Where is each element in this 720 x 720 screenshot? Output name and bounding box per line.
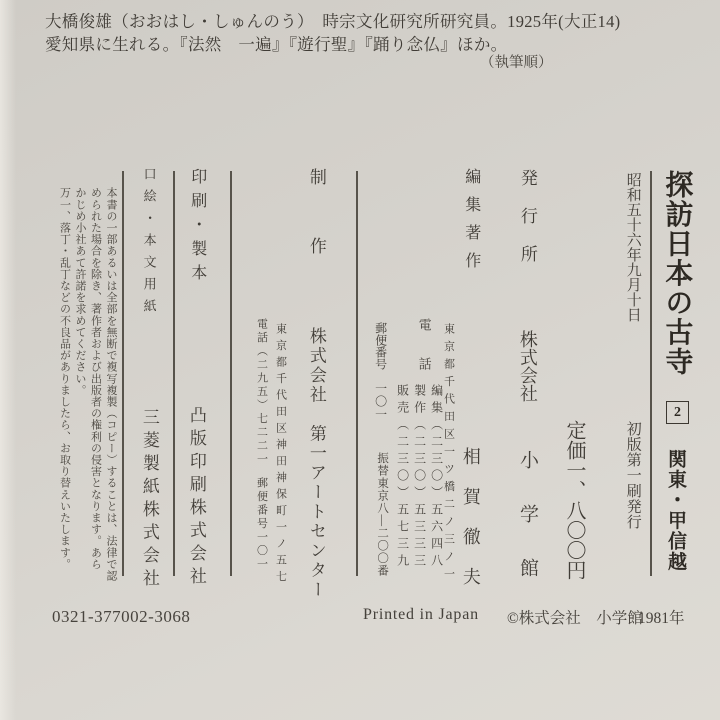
footer-printed-in: Printed in Japan (363, 606, 479, 624)
paper-company: 三菱製紙株式会社 (140, 408, 158, 592)
legal-notice-line: 本書の一部あるいは全部を無断で複写複製（コピー）することは、法律で認 (103, 187, 119, 595)
column-divider-4 (173, 171, 175, 576)
price: 定価一、八〇〇円 (563, 420, 584, 580)
telephone-sales: 販売（二三〇）五七三九 (396, 384, 409, 571)
paper-role-label: 口絵・本文用紙 (142, 167, 156, 321)
column-divider-1 (650, 171, 652, 576)
postal-code: 一〇一 (374, 382, 387, 421)
book-colophon-page: { "author_note": { "line1": "大橋俊雄（おおはし・し… (0, 0, 720, 720)
publisher-company-name: 小学館 (517, 450, 537, 612)
author-note-line-1: 大橋俊雄（おおはし・しゅんのう） 時宗文化研究所研究員。1925年(大正14) (45, 8, 620, 32)
footer-product-code: 0321-377002-3068 (52, 607, 190, 627)
column-divider-3 (230, 171, 232, 576)
volume-number-box: 2 (666, 401, 689, 424)
production-postal-code: 郵便番号一〇一 (255, 477, 267, 572)
credit-order-note: （執筆順） (480, 51, 553, 72)
legal-notice-line: かじめ小社あて許諾を求めてください。 (72, 187, 88, 595)
production-telephone: 電話（二九五）七二二一 (255, 318, 267, 467)
edition-statement: 初版第一刷発行 (624, 421, 640, 530)
printing-company: 凸版印刷株式会社 (187, 406, 205, 590)
production-address: 東京都千代田区神田神保町一ノ五七 (274, 323, 286, 587)
column-divider-5 (122, 171, 124, 576)
author-note-line-2: 愛知県に生れる。『法然 一遍』『遊行聖』『踊り念仏』ほか。 (45, 31, 507, 55)
publisher-company-prefix: 株式会社 (518, 330, 537, 402)
volume-title: 関東・甲信越 (665, 449, 685, 572)
telephone-editorial: 編集（二三〇）五六四八 (430, 384, 443, 571)
volume-number: 2 (674, 405, 681, 421)
editor-name: 相賀徹夫 (461, 447, 480, 607)
legal-notice: 本書の一部あるいは全部を無断で複写複製（コピー）することは、法律で認 められた場… (56, 187, 118, 595)
editor-role-label: 編集著作 (462, 168, 479, 280)
postal-transfer-account: 振替東京八—二〇〇番 (376, 452, 388, 577)
footer-copyright: ©株式会社 小学館 (507, 606, 643, 628)
footer-year: 1981年 (638, 606, 685, 628)
legal-notice-line: 万一、落丁・乱丁などの不良品がありましたら、お取り替えいたします。 (56, 187, 72, 595)
series-title: 探訪日本の古寺 (662, 170, 691, 377)
production-company: 株式会社 第一アートセンター (307, 327, 325, 600)
production-role-label: 制作 (307, 168, 325, 306)
publisher-role-label: 発行所 (518, 169, 536, 283)
legal-notice-line: められた場合を除き、著作者および出版者の権利の侵害となります。あら (87, 187, 103, 595)
column-divider-2 (356, 171, 358, 576)
printing-role-label: 印刷・製本 (188, 168, 205, 288)
publisher-address: 東京都千代田区一ツ橋二ノ三ノ一 (442, 323, 454, 586)
postal-label: 郵便番号 (374, 322, 387, 370)
issue-date: 昭和五十六年九月十日 (624, 172, 640, 322)
telephone-production: 製作（二三〇）五三三三 (413, 384, 426, 571)
